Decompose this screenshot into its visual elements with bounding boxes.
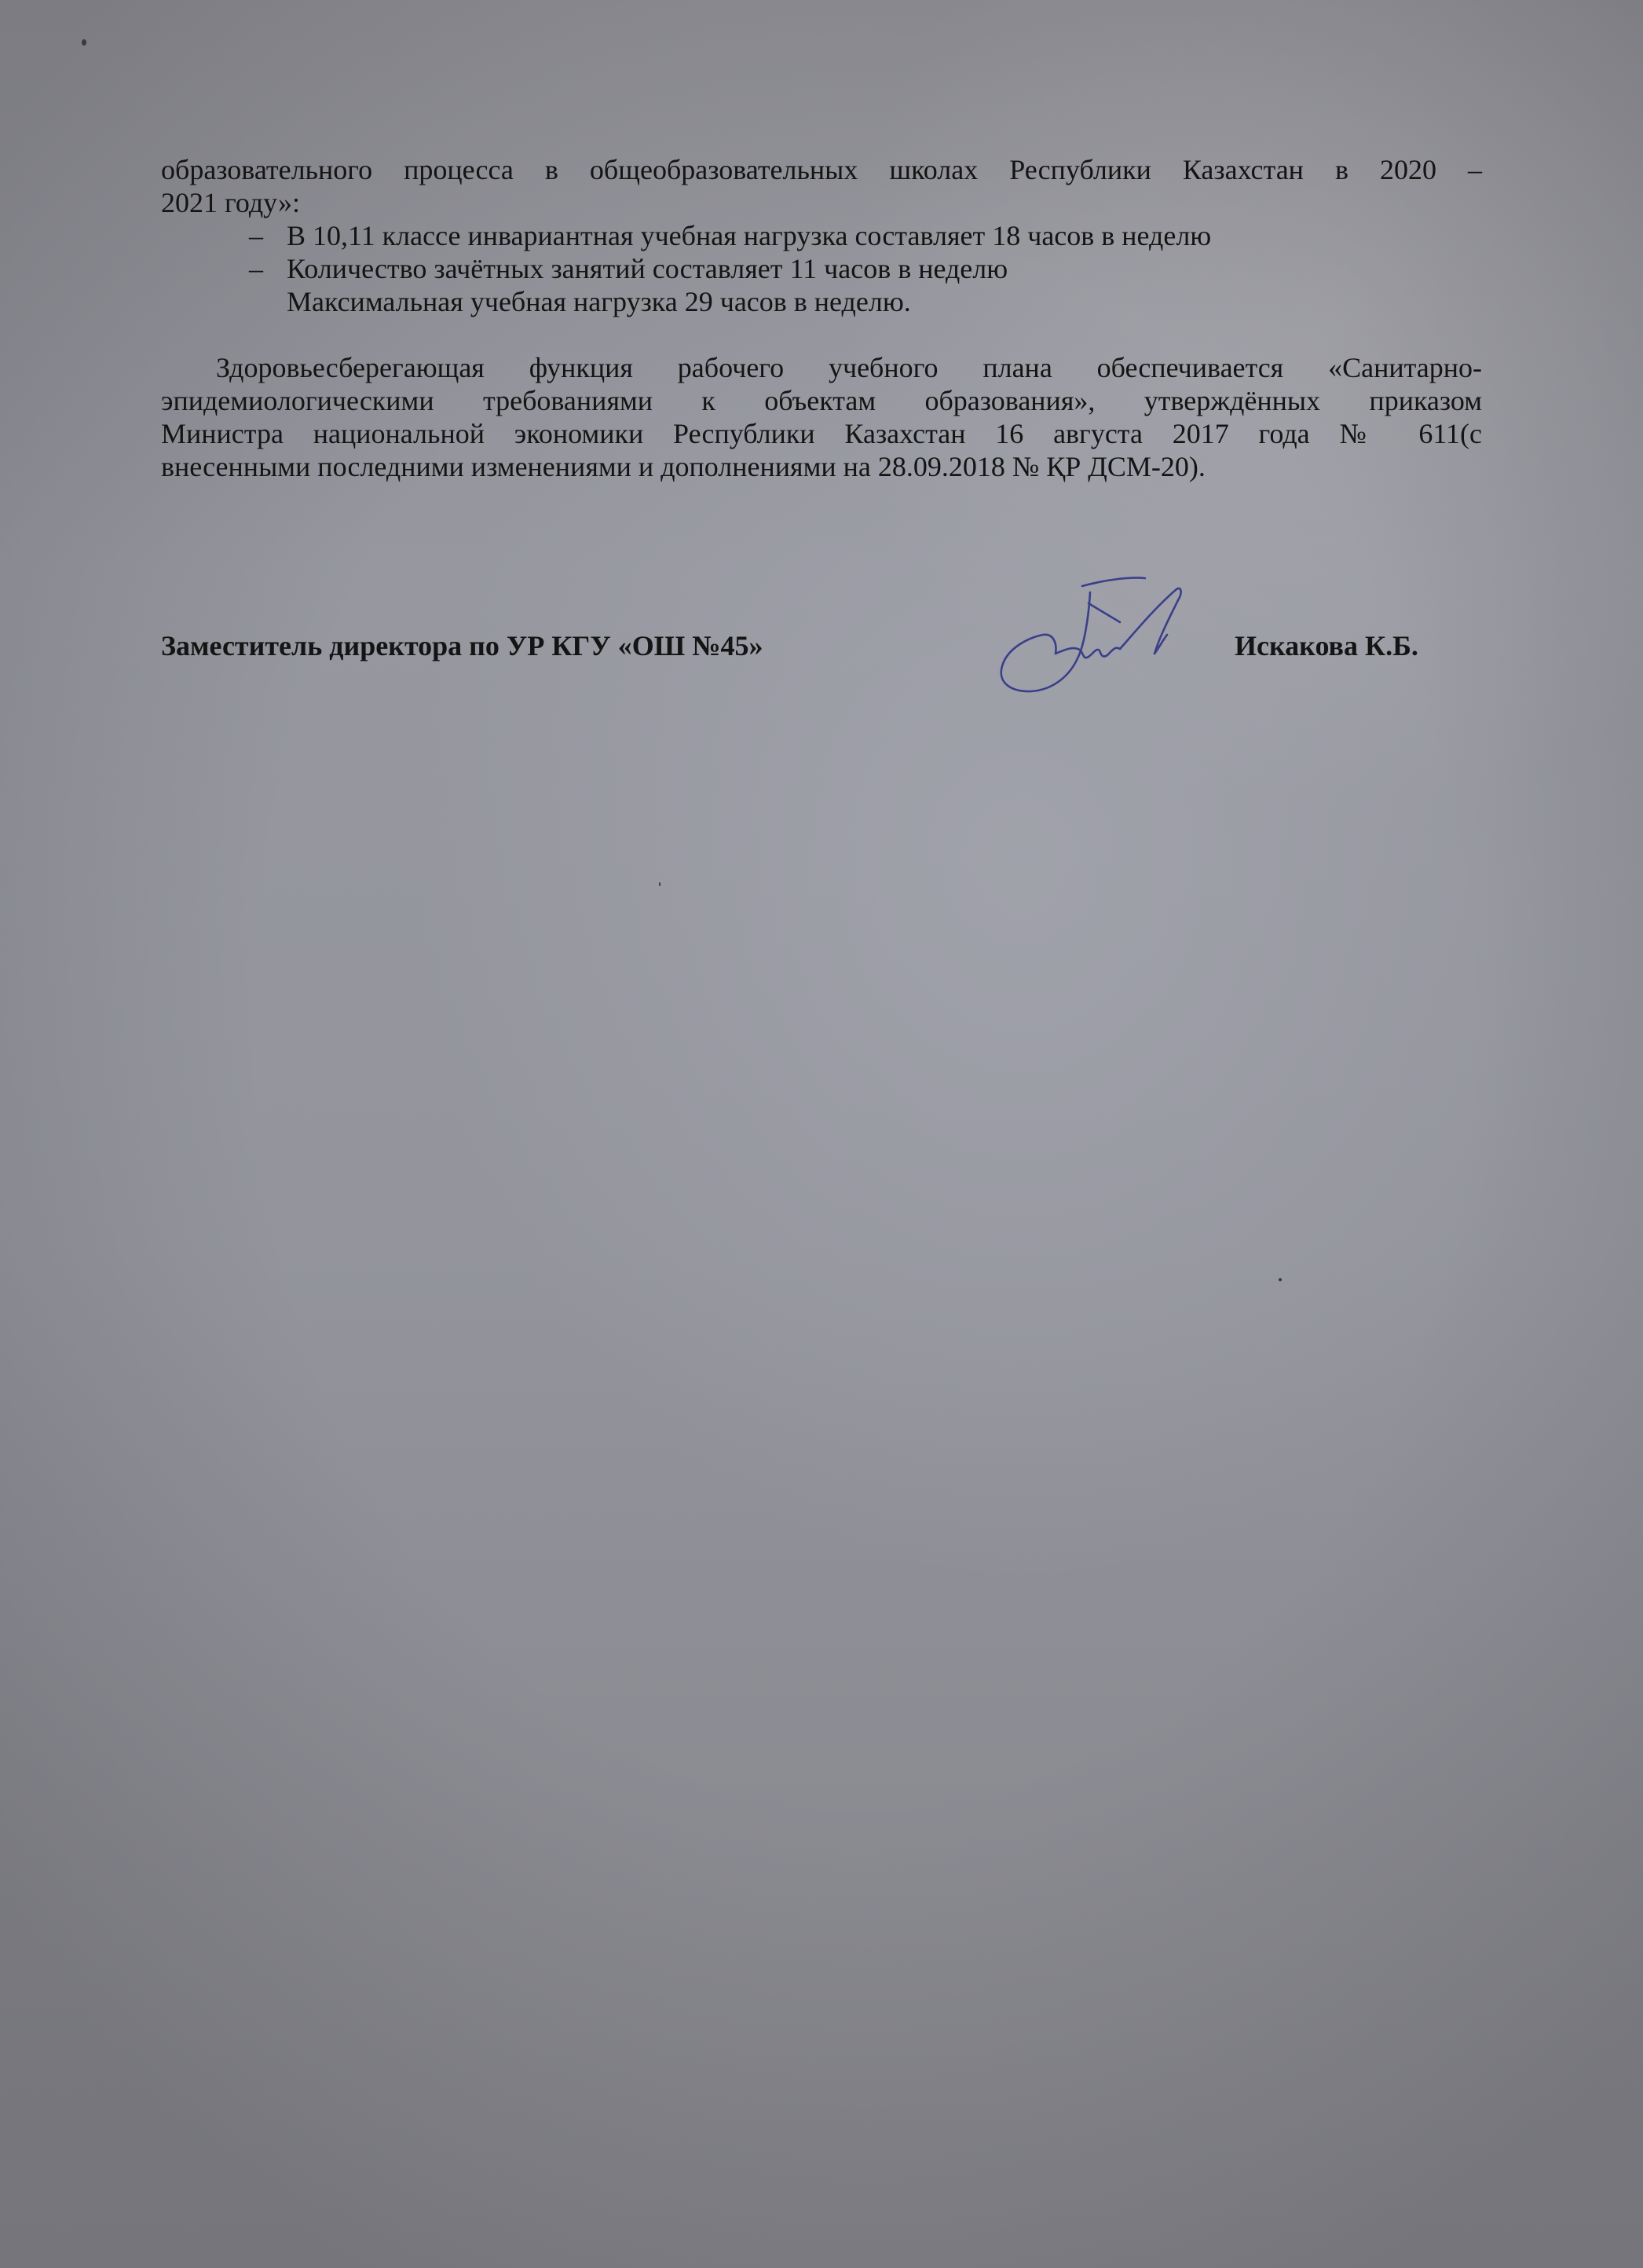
list-item: – В 10,11 классе инвариантная учебная на… — [161, 219, 1482, 252]
list-item: – Количество зачётных занятий составляет… — [161, 252, 1482, 285]
intro-paragraph: образовательного процесса в общеобразова… — [161, 153, 1482, 219]
handwritten-signature-icon — [996, 572, 1208, 705]
paper-speck — [1279, 1278, 1282, 1281]
paper-speck — [82, 39, 86, 46]
signatory-name: Искакова К.Б. — [1235, 629, 1418, 662]
health-line: внесенными последними изменениями и допо… — [161, 450, 1482, 483]
intro-line: образовательного процесса в общеобразова… — [161, 153, 1482, 186]
list-item-text: В 10,11 классе инвариантная учебная нагр… — [287, 220, 1211, 251]
dash-bullet-icon: – — [249, 252, 263, 285]
health-paragraph: Здоровьесберегающая функция рабочего уче… — [161, 351, 1482, 483]
document-page: образовательного процесса в общеобразова… — [161, 153, 1482, 483]
requirements-list: – В 10,11 классе инвариантная учебная на… — [161, 219, 1482, 285]
health-line: Здоровьесберегающая функция рабочего уче… — [161, 351, 1482, 384]
max-load-line: Максимальная учебная нагрузка 29 часов в… — [161, 285, 1482, 318]
paper-speck — [659, 882, 660, 886]
intro-line: 2021 году»: — [161, 186, 1482, 219]
paragraph-spacer — [161, 318, 1482, 351]
dash-bullet-icon: – — [249, 219, 263, 252]
health-line: эпидемиологическими требованиями к объек… — [161, 384, 1482, 417]
signature-block: Заместитель директора по УР КГУ «ОШ №45»… — [161, 625, 1482, 695]
list-item-text: Количество зачётных занятий составляет 1… — [287, 253, 1008, 284]
health-line: Министра национальной экономики Республи… — [161, 417, 1482, 450]
position-title: Заместитель директора по УР КГУ «ОШ №45» — [161, 629, 763, 662]
